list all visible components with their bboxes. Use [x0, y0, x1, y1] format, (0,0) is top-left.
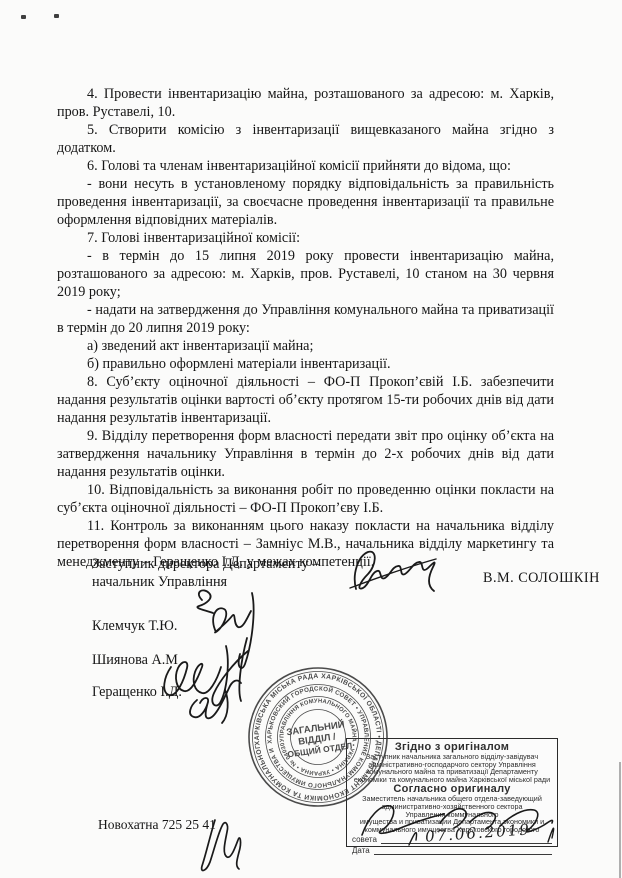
cert-date-label: Дата	[352, 846, 370, 855]
scanned-document-page: 4. Провести інвентаризацію майна, розташ…	[0, 0, 622, 878]
scan-page-edge	[619, 762, 621, 878]
paragraph-10: 10. Відповідальність за виконання робіт …	[57, 481, 554, 517]
paragraph-4: 4. Провести інвентаризацію майна, розташ…	[57, 85, 554, 121]
staple-mark	[21, 15, 26, 19]
paragraph-7d: б) правильно оформлені матеріали інвента…	[57, 355, 554, 373]
paragraph-7: 7. Голові інвентаризаційної комісії:	[57, 229, 554, 247]
date-line	[374, 846, 552, 855]
staple-mark	[54, 14, 59, 18]
signatory-herashchenko: Геращенко І.Д.	[92, 684, 182, 701]
cert-field-date: Дата	[352, 846, 552, 855]
paragraph-9: 9. Відділу перетворення форм власності п…	[57, 427, 554, 481]
signature-klemchuk-stroke	[239, 593, 254, 668]
paragraph-8: 8. Суб’єкту оціночної діяльності – ФО-П …	[57, 373, 554, 427]
executor-phone: Новохатна 725 25 41	[98, 817, 216, 833]
signature-klemchuk	[197, 590, 251, 632]
paragraph-7b: - надати на затвердження до Управління к…	[57, 301, 554, 337]
signature-herashchenko	[190, 681, 241, 723]
paragraph-7c: а) зведений акт інвентаризації майна;	[57, 337, 554, 355]
paragraph-6: 6. Голові та членам інвентаризаційної ко…	[57, 157, 554, 175]
signatory-klemchuk: Клемчук Т.Ю.	[92, 618, 177, 635]
paragraph-7a: - в термін до 15 липня 2019 року провест…	[57, 247, 554, 301]
director-name: В.М. СОЛОШКІН	[483, 570, 600, 587]
signatory-shyianova: Шиянова А.М	[92, 652, 178, 669]
document-body: 4. Провести інвентаризацію майна, розташ…	[57, 85, 554, 571]
round-stamp: ХАРКІВСЬКА МІСЬКА РАДА ХАРКІВСЬКОЇ ОБЛАС…	[243, 662, 393, 812]
paragraph-6a: - вони несуть в установленому порядку ві…	[57, 175, 554, 229]
cert-soveta-label: совета	[352, 835, 377, 844]
paragraph-5: 5. Створити комісію з інвентаризації вищ…	[57, 121, 554, 157]
director-title: Заступник директора Департаменту – начал…	[92, 555, 352, 591]
